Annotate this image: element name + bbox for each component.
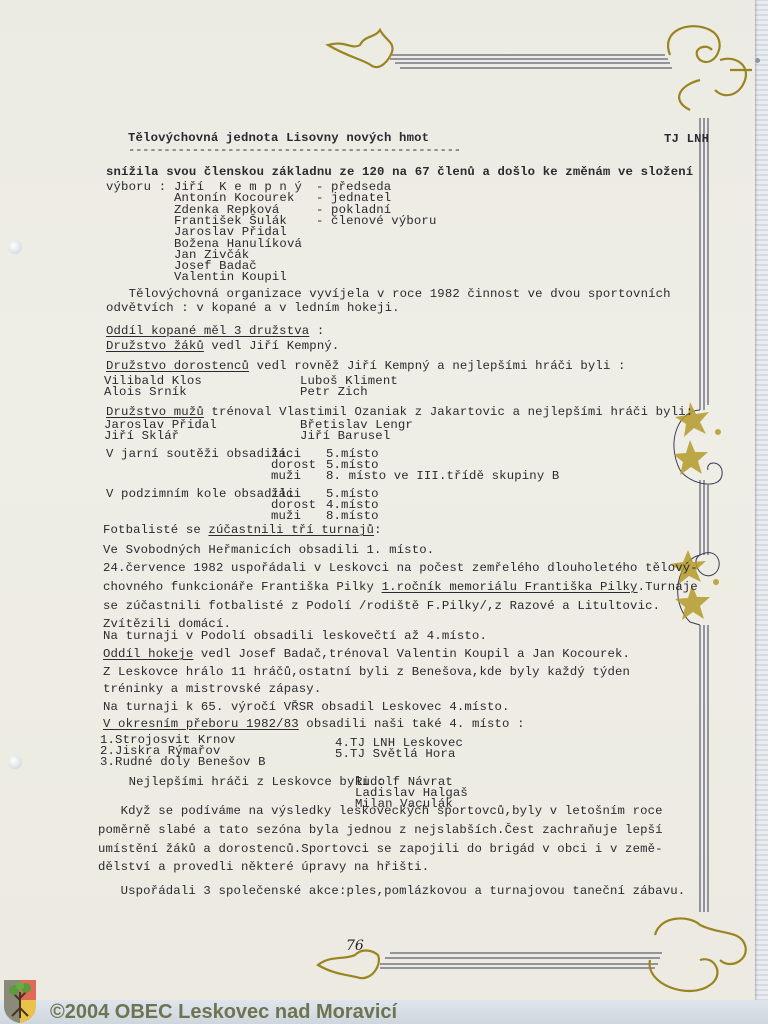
result-place: 8. místo ve III.třídě skupiny B [326, 469, 559, 483]
hockey-line-2: Z Leskovce hrálo 11 hráčů,ostatní byli z… [103, 665, 630, 679]
tournaments-pre: Fotbalisté se [103, 523, 208, 537]
district-line: V okresním přeboru 1982/83 obsadili naši… [103, 717, 525, 731]
hockey-line-3: tréninky a mistrovské zápasy. [103, 682, 321, 696]
wall-texture [754, 0, 768, 1024]
hockey-section: Oddíl hokeje [103, 647, 193, 661]
tournaments-post: : [374, 523, 382, 537]
corner-label: TJ LNH [664, 132, 709, 146]
committee-member-role: - členové výboru [316, 214, 436, 228]
memorial-pre: chovného funkcionáře Františka Pilky [103, 580, 382, 594]
men-text: trénoval Vlastimil Ozaniak z Jakartovic … [204, 405, 693, 419]
standing-entry: 5.TJ Světlá Hora [335, 747, 455, 761]
district-text: obsadili naši také 4. místo : [299, 717, 525, 731]
result-place: 8.místo [326, 509, 379, 523]
standing-entry: 3.Rudné doly Benešov B [100, 755, 266, 769]
juniors-team: Družstvo dorostenců [106, 359, 249, 373]
tournament-1: Ve Svobodných Heřmanicích obsadili 1. mí… [103, 543, 434, 557]
men-team: Družstvo mužů [106, 405, 204, 419]
tournaments-line: Fotbalisté se zúčastnili tří turnajů: [103, 523, 382, 537]
copyright-text: ©2004 OBEC Leskovec nad Moravicí [50, 1000, 397, 1024]
committee-member-name: Valentin Koupil [174, 270, 287, 284]
district-league: V okresním přeboru 1982/83 [103, 717, 299, 731]
result-team: muži [271, 509, 301, 523]
player-name: Alois Srník [104, 385, 187, 399]
podoli-line: Na turnaji v Podolí obsadili leskovečtí … [103, 629, 487, 643]
hockey-line-1: Oddíl hokeje vedl Josef Badač,trénoval V… [103, 647, 630, 661]
memorial-title: 1.ročník memoriálu Františka Pilky [382, 580, 638, 594]
football-heading-suffix: : [309, 324, 324, 338]
result-team: muži [271, 469, 301, 483]
summary-line: Když se podíváme na výsledky leskoveckýc… [98, 804, 663, 818]
summary-line: Uspořádali 3 společenské akce:ples,pomlá… [98, 884, 685, 898]
player-name: Jiří Sklář [104, 429, 179, 443]
juniors-text: vedl rovněž Jiří Kempný a nejlepšími hrá… [249, 359, 625, 373]
football-heading-line: Oddíl kopané měl 3 družstva : [106, 324, 324, 338]
coat-of-arms-icon [2, 978, 38, 1024]
summary-line: umístění žáků a dorostenců.Sportovci se … [98, 842, 663, 856]
punch-hole-bottom [8, 755, 22, 769]
men-line: Družstvo mužů trénoval Vlastimil Ozaniak… [106, 405, 693, 419]
player-name: Jiří Barusel [300, 429, 390, 443]
player-name: Petr Zich [300, 385, 368, 399]
punch-hole-top [8, 240, 22, 254]
pupils-text: vedl Jiří Kempný. [204, 339, 340, 353]
heading-rule: ----------------------------------------… [128, 143, 461, 157]
memorial-line-2: chovného funkcionáře Františka Pilky 1.r… [103, 580, 698, 594]
tournaments-underlined: zúčastnili tří turnajů [208, 523, 374, 537]
pin-top [755, 58, 760, 63]
juniors-line: Družstvo dorostenců vedl rovněž Jiří Kem… [106, 359, 626, 373]
football-heading: Oddíl kopané měl 3 družstva [106, 324, 309, 338]
summary-line: poměrně slabé a tato sezóna byla jednou … [98, 823, 663, 837]
memorial-line-3: se zúčastnili fotbalisté z Podolí /rodiš… [103, 599, 660, 613]
autumn-label: V podzimním kole obsadili [106, 487, 294, 501]
best-players-label: Nejlepšími hráči z Leskovce byli : [106, 775, 385, 789]
hockey-text: vedl Josef Badač,trénoval Valentin Koupi… [193, 647, 630, 661]
summary-line: dělství a provedli některé úpravy na hři… [98, 860, 429, 874]
hockey-line-4: Na turnaji k 65. výročí VŘSR obsadil Les… [103, 700, 510, 714]
page-number: 76 [346, 938, 364, 954]
pupils-team: Družstvo žáků [106, 339, 204, 353]
org-paragraph-2: odvětvích : v kopané a v ledním hokeji. [106, 301, 400, 315]
org-paragraph-1: Tělovýchovná organizace vyvíjela v roce … [106, 287, 671, 301]
pupils-line: Družstvo žáků vedl Jiří Kempný. [106, 339, 339, 353]
spring-label: V jarní soutěži obsadili [106, 447, 287, 461]
intro-line: snížila svou členskou základnu ze 120 na… [106, 165, 693, 179]
memorial-post: .Turnaje [638, 580, 698, 594]
memorial-line-1: 24.července 1982 uspořádali v Leskovci n… [103, 561, 698, 575]
committee-label: výboru : [106, 180, 166, 194]
